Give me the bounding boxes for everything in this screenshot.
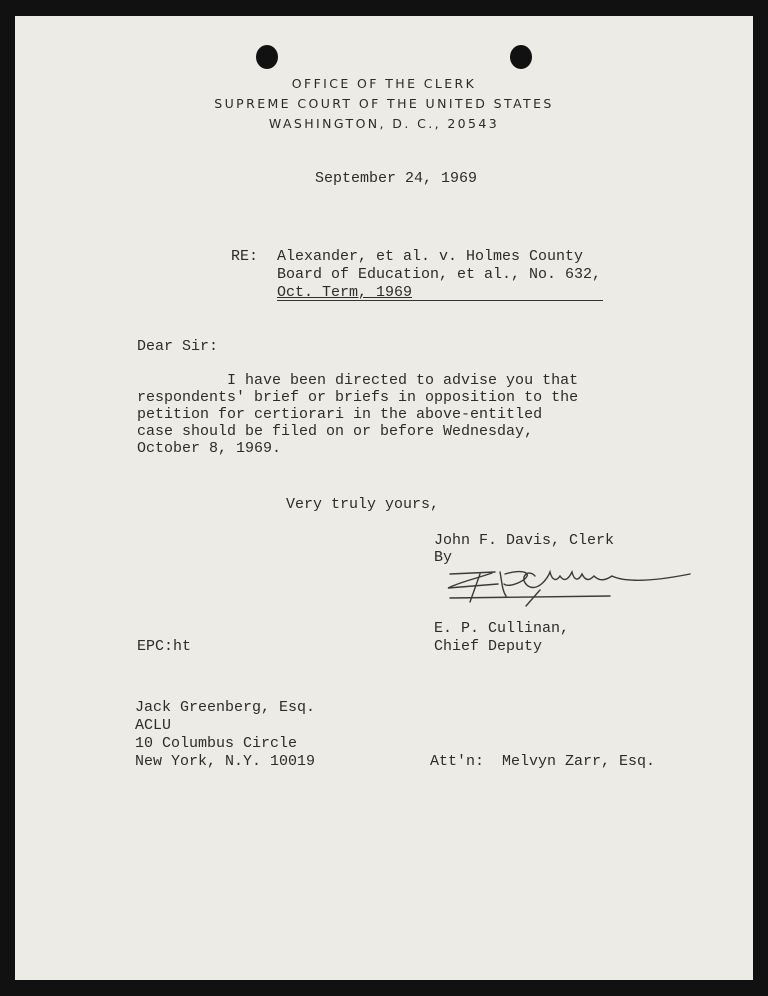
re-underline <box>277 300 603 301</box>
punch-hole-left <box>256 45 278 69</box>
letterhead-address: WASHINGTON, D. C., 20543 <box>15 116 753 131</box>
signer-clerk: John F. Davis, Clerk <box>434 532 614 550</box>
recipient-line: 10 Columbus Circle <box>135 735 297 753</box>
punch-hole-right <box>510 45 532 69</box>
re-line-2: Board of Education, et al., No. 632, <box>277 266 601 284</box>
letter-date: September 24, 1969 <box>315 170 477 188</box>
letterhead-office: OFFICE OF THE CLERK <box>15 76 753 91</box>
attention-line: Att'n: Melvyn Zarr, Esq. <box>430 753 655 771</box>
body-line: petition for certiorari in the above-ent… <box>137 406 542 424</box>
signer-title: Chief Deputy <box>434 638 542 656</box>
signature-icon <box>440 562 700 607</box>
letter-page: OFFICE OF THE CLERK SUPREME COURT OF THE… <box>15 16 753 980</box>
body-line: respondents' brief or briefs in oppositi… <box>137 389 578 407</box>
recipient-line: ACLU <box>135 717 171 735</box>
recipient-line: Jack Greenberg, Esq. <box>135 699 315 717</box>
letterhead-court: SUPREME COURT OF THE UNITED STATES <box>15 96 753 111</box>
salutation: Dear Sir: <box>137 338 218 356</box>
re-line-1: Alexander, et al. v. Holmes County <box>277 248 583 266</box>
body-line: I have been directed to advise you that <box>137 372 578 390</box>
recipient-line: New York, N.Y. 10019 <box>135 753 315 771</box>
typist-initials: EPC:ht <box>137 638 191 656</box>
signer-name: E. P. Cullinan, <box>434 620 569 638</box>
body-line: October 8, 1969. <box>137 440 281 458</box>
body-line: case should be filed on or before Wednes… <box>137 423 533 441</box>
closing: Very truly yours, <box>286 496 439 514</box>
re-label: RE: <box>231 248 258 266</box>
